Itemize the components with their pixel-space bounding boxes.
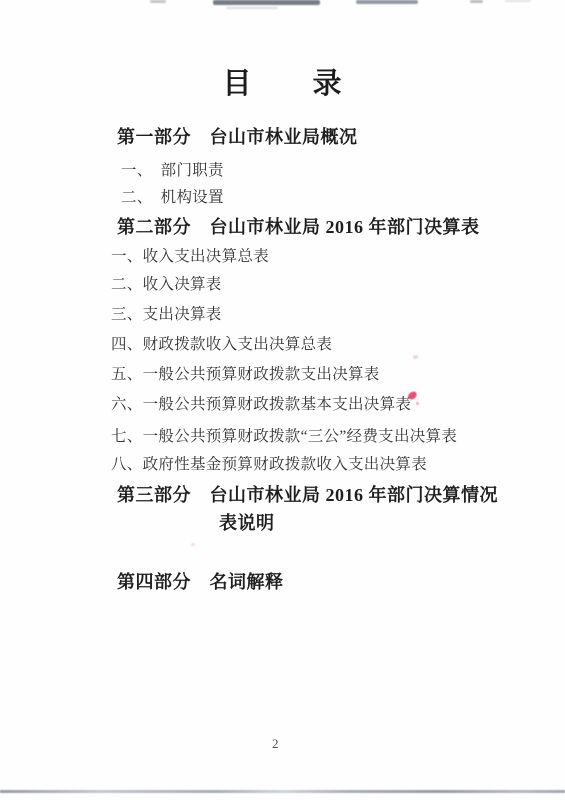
toc-item-2-2: 二、收入决算表 xyxy=(111,277,222,293)
toc-item-2-6: 六、一般公共预算财政拨款基本支出决算表 xyxy=(111,397,411,413)
scanned-document-page: 目 录 第一部分 台山市林业局概况 一、 部门职责 二、 机构设置 第二部分 台… xyxy=(0,0,565,800)
toc-item-2-4: 四、财政拨款收入支出决算总表 xyxy=(111,337,332,353)
toc-item-2-5: 五、一般公共预算财政拨款支出决算表 xyxy=(111,367,380,383)
toc-item-1-2: 二、 机构设置 xyxy=(121,190,224,206)
scan-smudge-top-1 xyxy=(150,0,166,3)
scan-smudge-top-4 xyxy=(356,0,418,4)
toc-section-3-header-line2: 表说明 xyxy=(219,514,275,532)
scan-smudge-top-6 xyxy=(505,0,531,2)
scan-smudge-top-5 xyxy=(470,0,483,3)
toc-item-2-8: 八、政府性基金预算财政拨款收入支出决算表 xyxy=(111,457,427,473)
toc-section-1-header: 第一部分 台山市林业局概况 xyxy=(117,128,358,146)
page-edge-shadow xyxy=(0,790,565,793)
toc-section-4-header: 第四部分 名词解释 xyxy=(117,573,284,591)
scan-smudge-top-2 xyxy=(213,0,320,5)
scan-smudge-top-3 xyxy=(226,7,278,9)
toc-item-1-1: 一、 部门职责 xyxy=(121,163,224,179)
page-number: 2 xyxy=(272,737,279,750)
toc-section-2-header: 第二部分 台山市林业局 2016 年部门决算表 xyxy=(117,218,480,236)
page-title: 目 录 xyxy=(0,70,565,99)
red-ink-speck-2 xyxy=(407,390,418,400)
toc-item-2-3: 三、支出决算表 xyxy=(111,307,222,323)
toc-section-3-header-line1: 第三部分 台山市林业局 2016 年部门决算情况 xyxy=(117,486,498,504)
red-ink-speck-1 xyxy=(413,355,418,359)
toc-item-2-1: 一、收入支出决算总表 xyxy=(111,249,269,265)
toc-item-2-7: 七、一般公共预算财政拨款“三公”经费支出决算表 xyxy=(111,429,457,445)
red-ink-speck-4 xyxy=(191,543,195,546)
red-ink-speck-3 xyxy=(416,402,419,405)
